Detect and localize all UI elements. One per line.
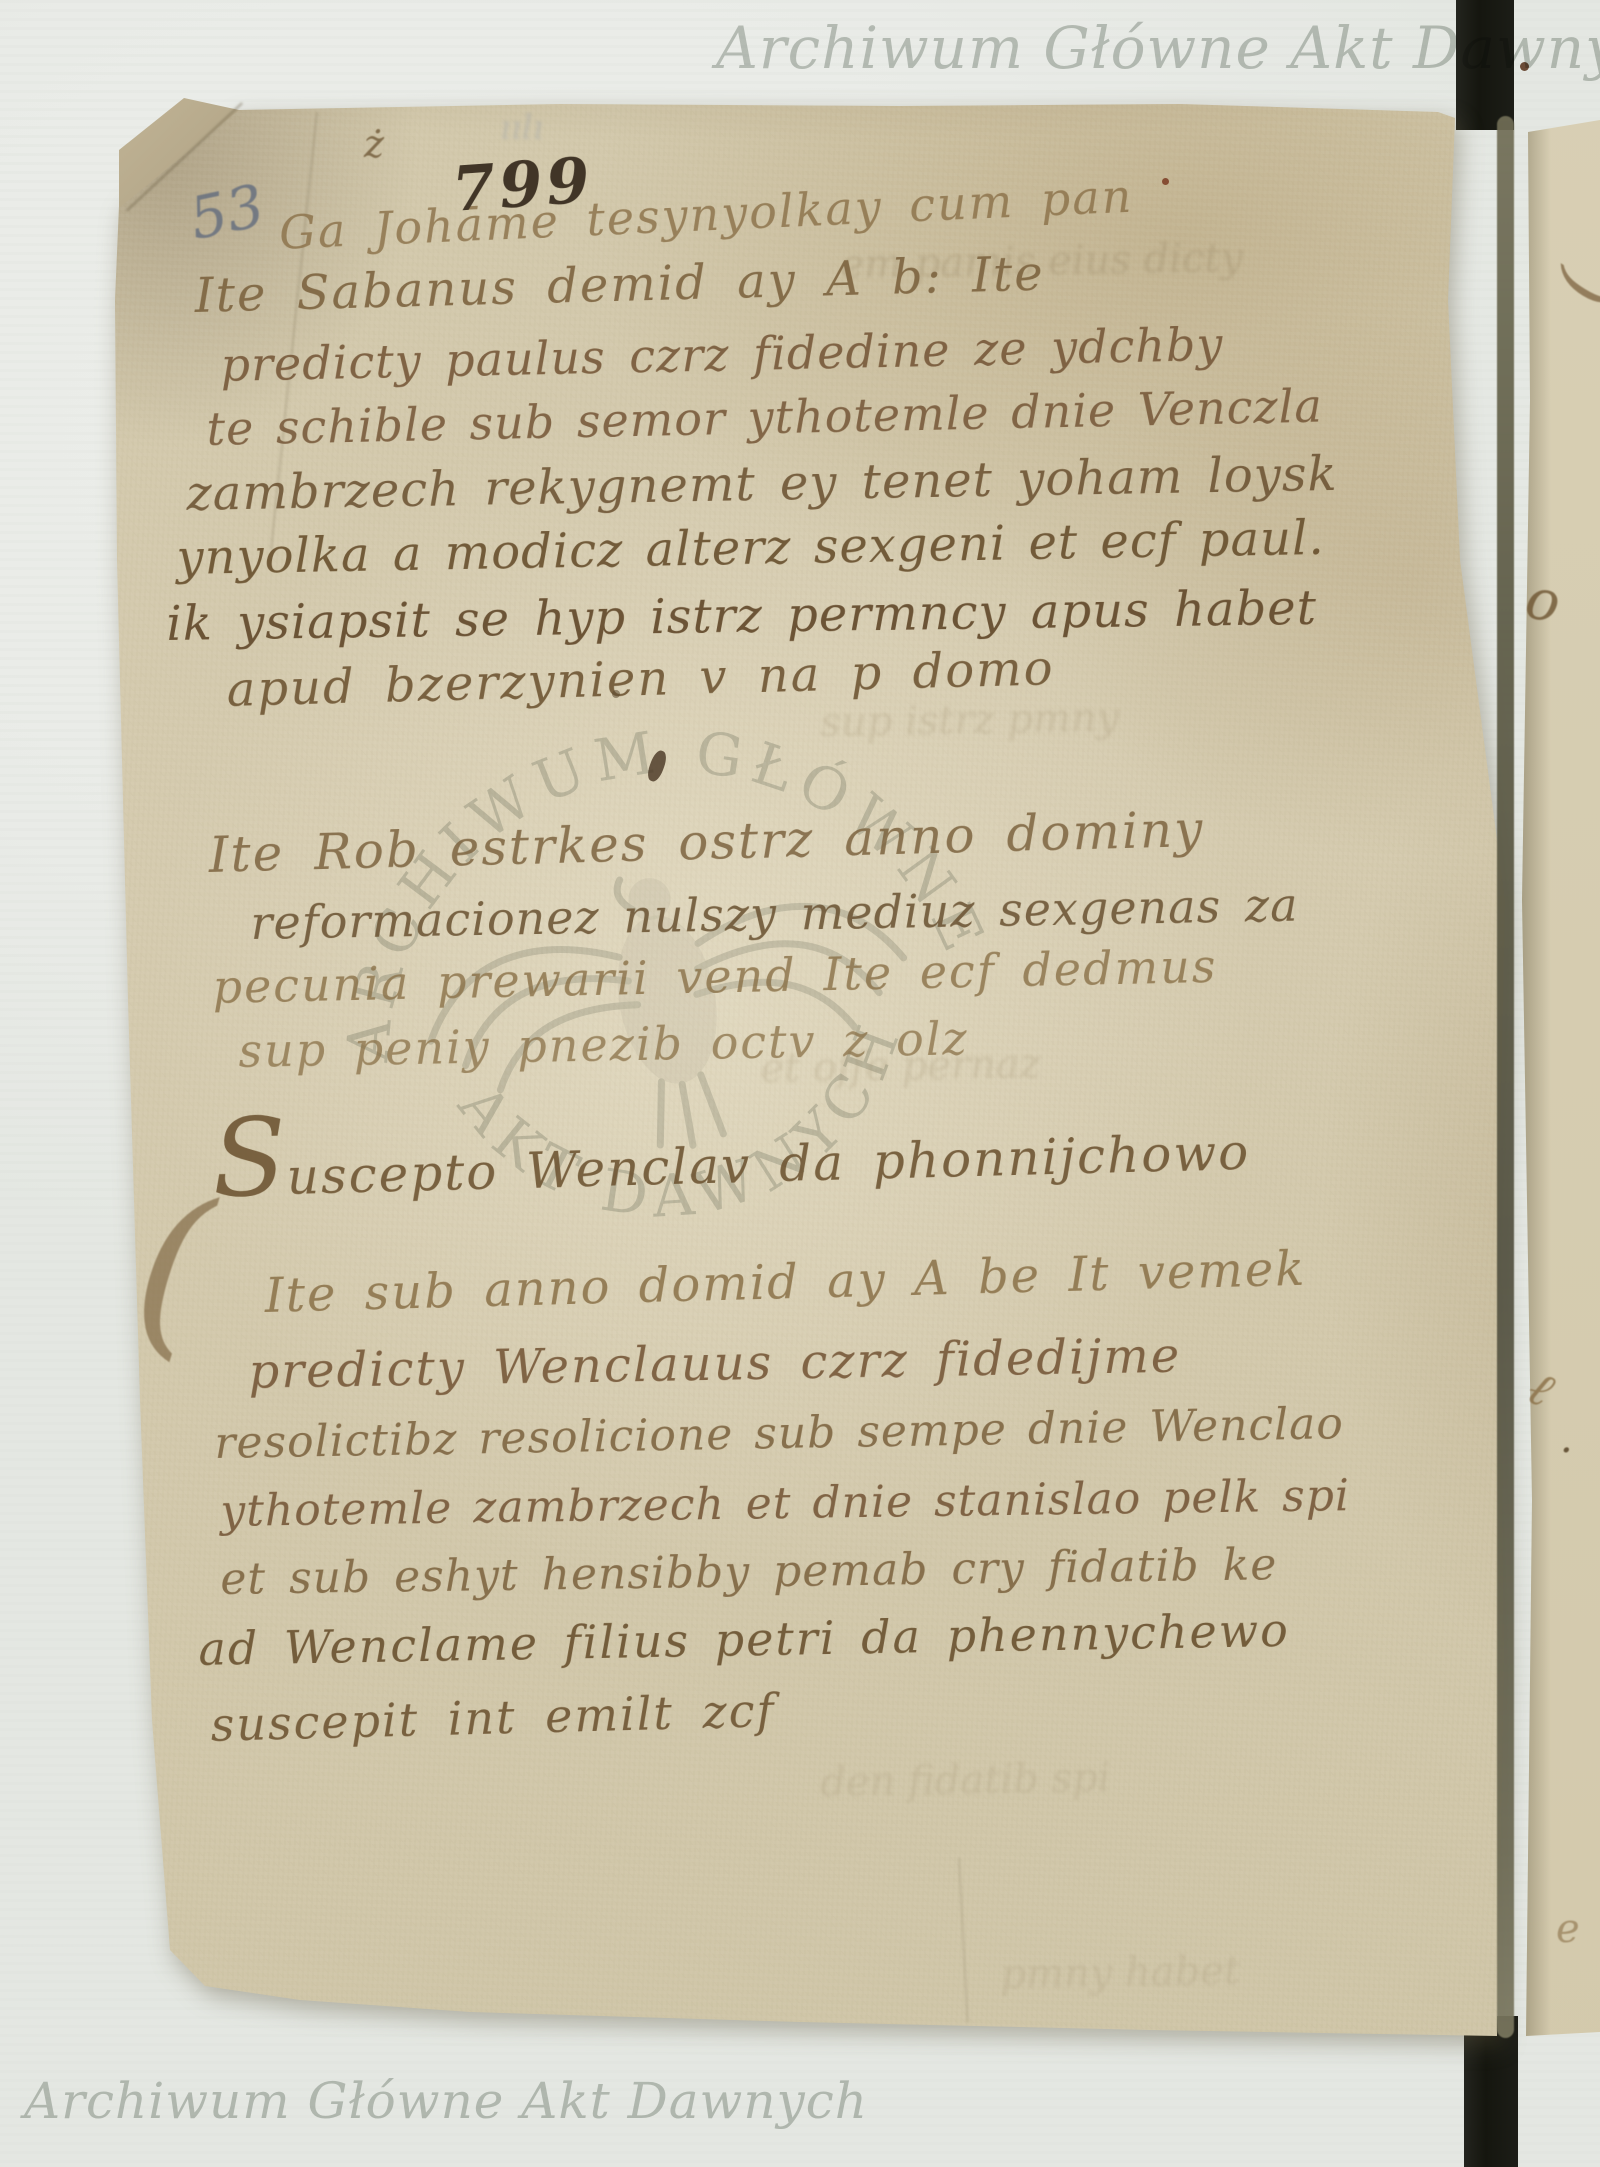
ink-speck — [1162, 178, 1169, 185]
ink-flourish: ż — [364, 122, 384, 166]
bleedthrough-line: ıılı — [500, 108, 544, 148]
bleedthrough-line: pmny habet — [1000, 1948, 1240, 1998]
page-number: 799 — [450, 143, 596, 226]
ink-speck — [612, 690, 620, 698]
bleedthrough-line: sup istrz pmny — [820, 695, 1120, 746]
bleedthrough-line: den fidatib spi — [820, 1755, 1111, 1806]
scan-background: ARCHIWUM GŁÓWNE AKT DAWNYCH 799 53 Ga Jo… — [0, 0, 1600, 2167]
binding-seam — [1497, 116, 1514, 2038]
archive-watermark-top: Archiwum Główne Akt Dawnych — [716, 14, 1600, 82]
archive-watermark-bottom: Archiwum Główne Akt Dawnych — [24, 2072, 868, 2130]
facing-page-ink-mark: e — [1556, 1906, 1580, 1952]
facing-page-ink-mark: · — [1560, 1428, 1573, 1474]
facing-page-edge — [1518, 0, 1600, 2167]
